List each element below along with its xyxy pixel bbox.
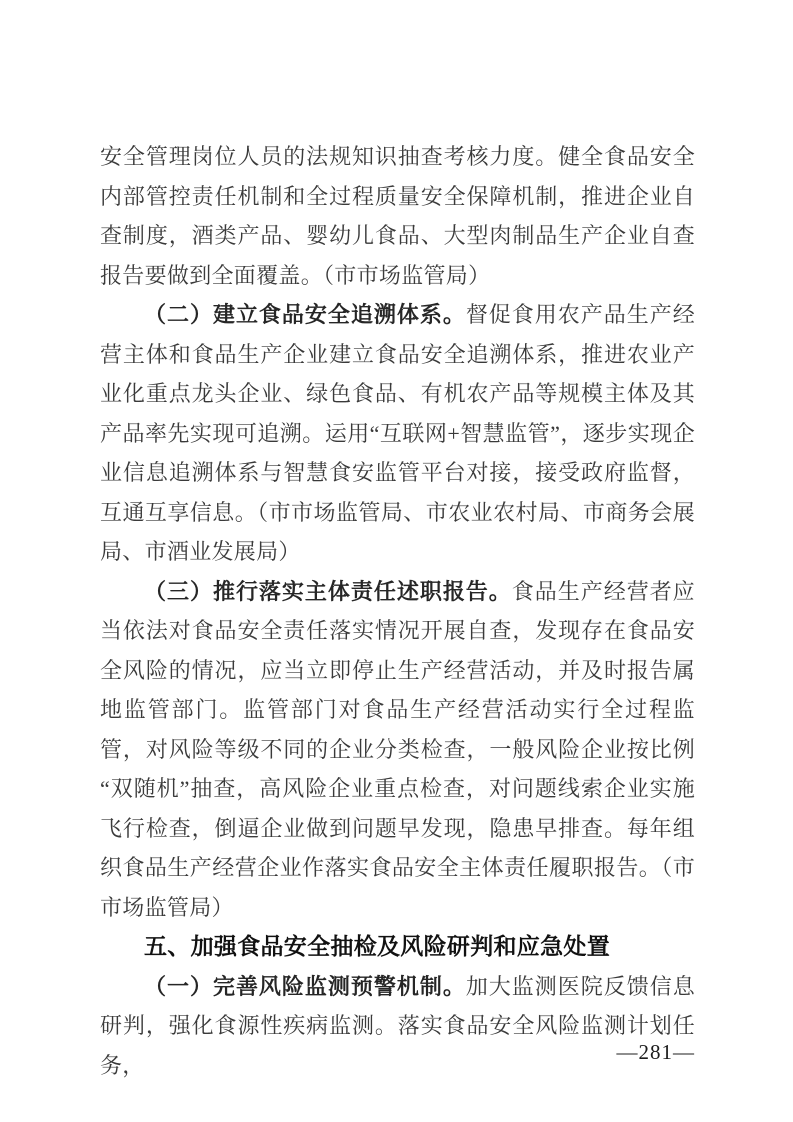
paragraph-lead: （二）建立食品安全追溯体系。	[144, 302, 466, 327]
document-page: 安全管理岗位人员的法规知识抽查考核力度。健全食品安全内部管控责任机制和全过程质量…	[0, 0, 793, 1122]
paragraph-text: 食品生产经营者应当依法对食品安全责任落实情况开展自查，发现存在食品安全风险的情况…	[100, 579, 695, 920]
paragraph: 安全管理岗位人员的法规知识抽查考核力度。健全食品安全内部管控责任机制和全过程质量…	[100, 137, 695, 295]
document-body: 安全管理岗位人员的法规知识抽查考核力度。健全食品安全内部管控责任机制和全过程质量…	[100, 137, 695, 1085]
paragraph-text: 督促食用农产品生产经营主体和食品生产企业建立食品安全追溯体系，推进农业产业化重点…	[100, 302, 695, 564]
paragraph-lead: （三）推行落实主体责任述职报告。	[144, 579, 512, 604]
paragraph: （三）推行落实主体责任述职报告。食品生产经营者应当依法对食品安全责任落实情况开展…	[100, 572, 695, 928]
paragraph: （二）建立食品安全追溯体系。督促食用农产品生产经营主体和食品生产企业建立食品安全…	[100, 295, 695, 572]
page-number: —281—	[617, 1040, 696, 1065]
paragraph-text: 安全管理岗位人员的法规知识抽查考核力度。健全食品安全内部管控责任机制和全过程质量…	[100, 144, 695, 288]
section-heading: 五、加强食品安全抽检及风险研判和应急处置	[100, 927, 695, 967]
paragraph-lead: （一）完善风险监测预警机制。	[144, 974, 466, 999]
paragraph: （一）完善风险监测预警机制。加大监测医院反馈信息研判，强化食源性疾病监测。落实食…	[100, 967, 695, 1086]
